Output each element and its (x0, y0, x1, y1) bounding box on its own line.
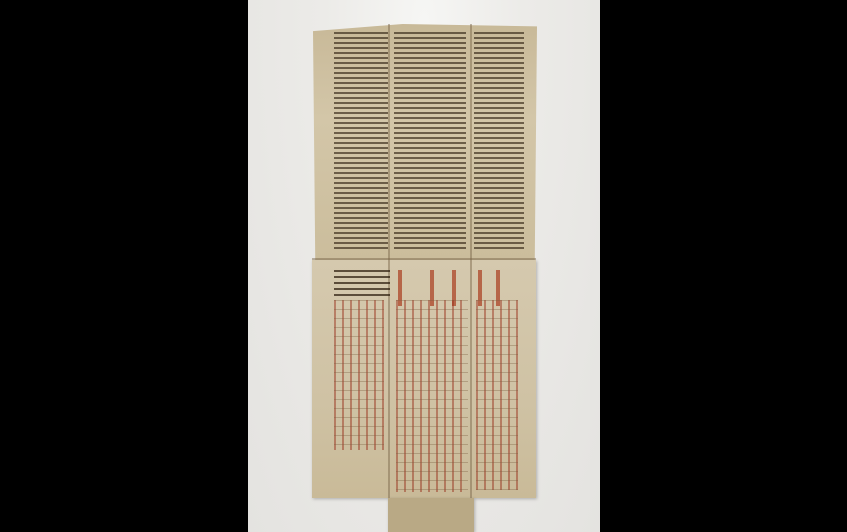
text-column-left (334, 32, 388, 250)
text-column-right (474, 32, 524, 250)
calendar-table-left (334, 300, 384, 450)
calendar-table-right (476, 300, 518, 490)
table-heading-text (334, 270, 390, 298)
vertical-fold-left (388, 24, 390, 498)
manuscript-bottom-tab (388, 498, 474, 532)
horizontal-fold (312, 258, 536, 260)
text-column-middle (394, 32, 466, 250)
vertical-fold-right (470, 24, 472, 498)
calendar-table-middle (396, 300, 468, 492)
